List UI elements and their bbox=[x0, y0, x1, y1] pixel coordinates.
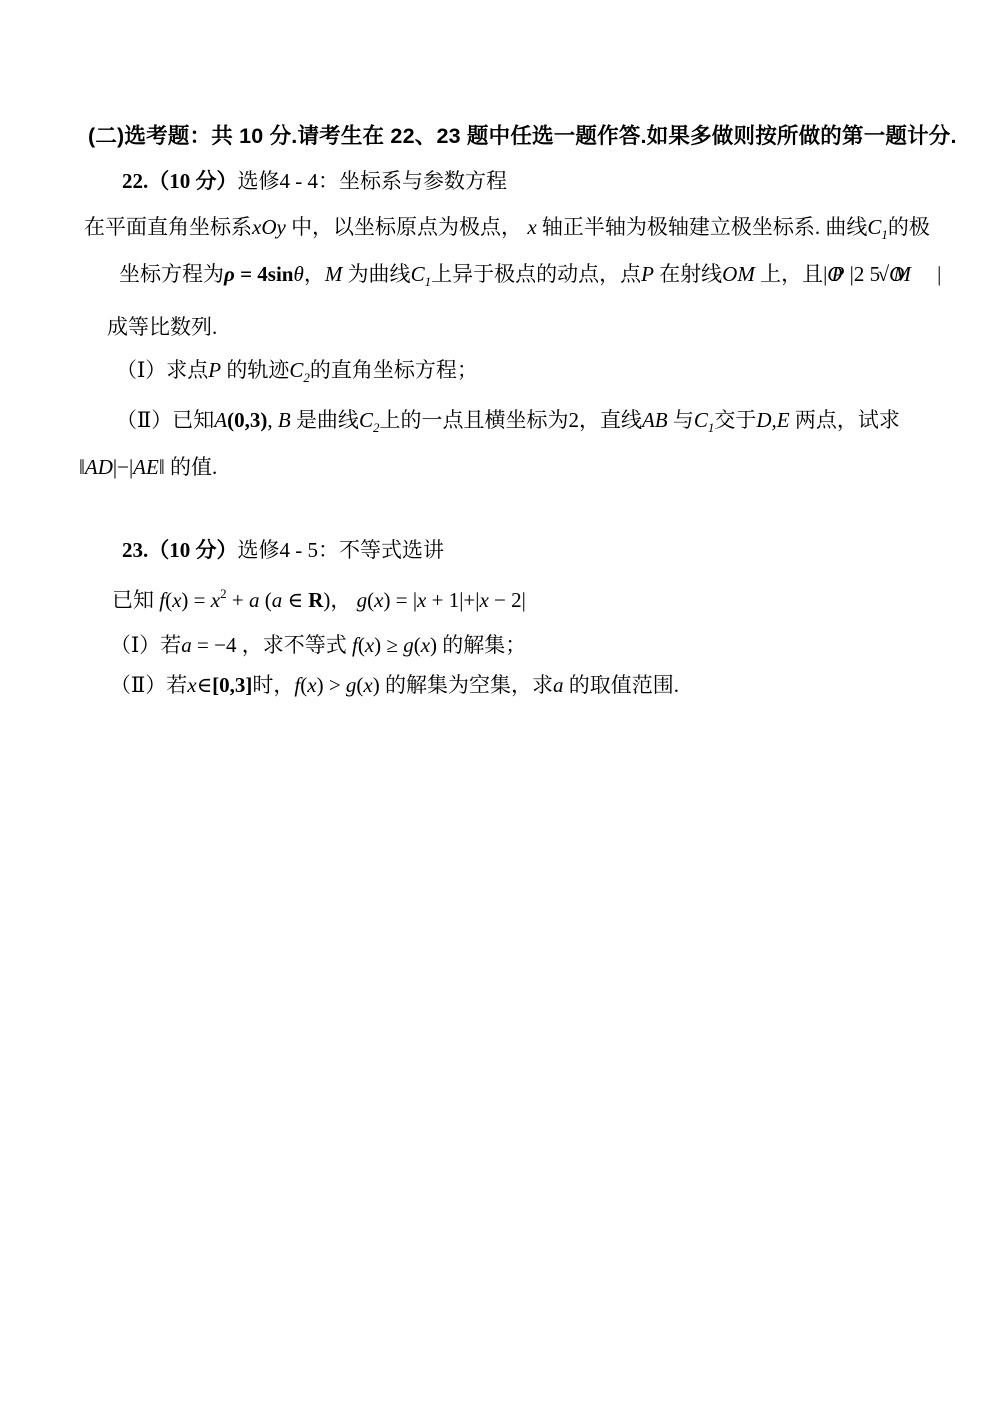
q23-given-line: 已知 f(x) = x2 + a (a ∈ R)， g(x) = |x + 1|… bbox=[112, 585, 526, 614]
q22-intro-line-1: 在平面直角坐标系xOy 中，以坐标原点为极点， x 轴正半轴为极轴建立极坐标系.… bbox=[84, 213, 930, 244]
q23-part-1: （Ⅰ）若a = −4 ，求不等式 f(x) ≥ g(x) 的解集； bbox=[110, 631, 526, 659]
q22-part-2: （Ⅱ）已知A(0,3), B 是曲线C2上的一点且横坐标为2，直线AB 与C1交… bbox=[116, 406, 900, 437]
q23-part-2: （Ⅱ）若x∈[0,3]时，f(x) > g(x) 的解集为空集，求a 的取值范围… bbox=[110, 671, 679, 699]
q22-part-2-continued: ‖AD|−|AE‖ 的值. bbox=[79, 453, 217, 481]
q22-intro-line-3: 成等比数列. bbox=[107, 313, 217, 341]
question-22-title: 22.（10 分）选修4 - 4：坐标系与参数方程 bbox=[122, 167, 507, 195]
question-23-title: 23.（10 分）选修4 - 5：不等式选讲 bbox=[122, 536, 444, 564]
q22-part-1: （Ⅰ）求点P 的轨迹C2的直角坐标方程； bbox=[116, 356, 478, 387]
section-header: (二)选考题：共 10 分.请考生在 22、23 题中任选一题作答.如果多做则按… bbox=[88, 122, 957, 151]
q22-intro-line-2: 坐标方程为ρ = 4sinθ，M 为曲线C1上异于极点的动点，点P 在射线OM … bbox=[119, 260, 941, 291]
exam-document-page: (二)选考题：共 10 分.请考生在 22、23 题中任选一题作答.如果多做则按… bbox=[0, 0, 992, 1403]
